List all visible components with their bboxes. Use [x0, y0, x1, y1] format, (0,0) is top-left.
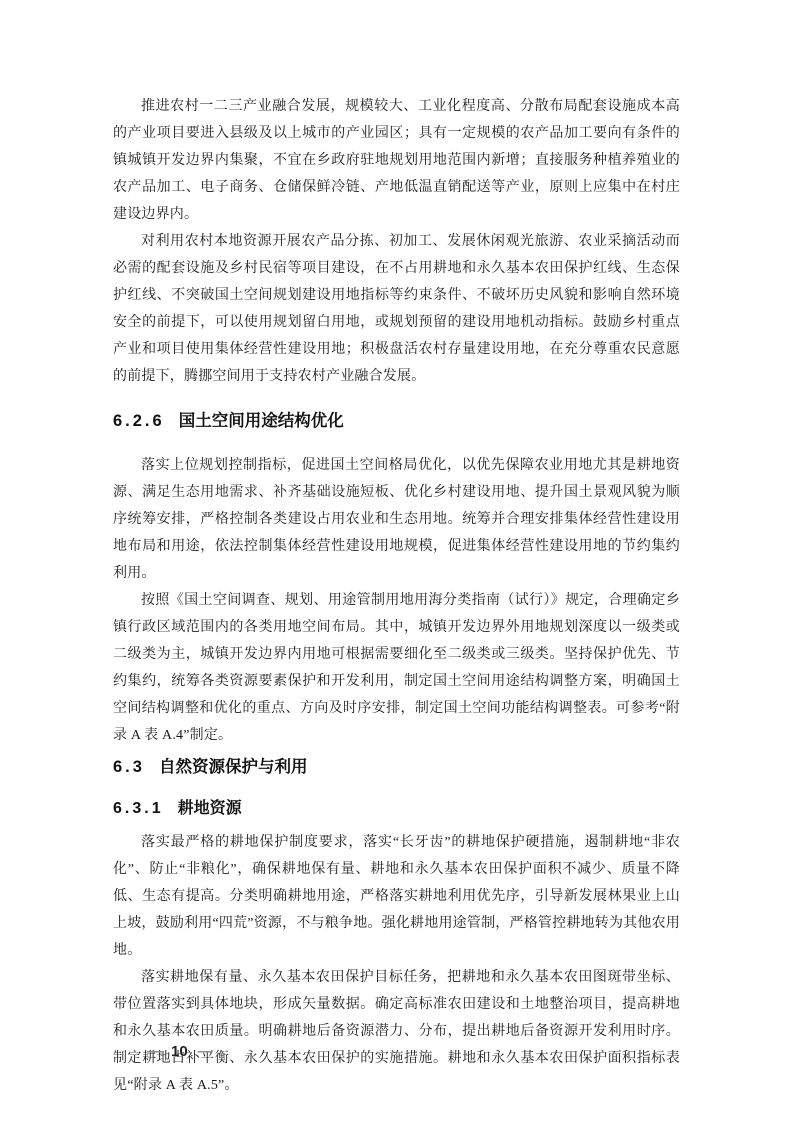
paragraph-land-classification-guide: 按照《国土空间调查、规划、用途管制用地用海分类指南（试行）》规定，合理确定乡镇行… — [113, 587, 680, 749]
paragraph-local-resource-projects: 对利用农村本地资源开展农产品分拣、初加工、发展休闲观光旅游、农业采摘活动而必需的… — [113, 228, 680, 390]
heading-6-3-number: 6.3 — [113, 758, 145, 776]
paragraph-farmland-reserve-tasks: 落实耕地保有量、永久基本农田保护目标任务，把耕地和永久基本农田图斑带坐标、带位置… — [113, 964, 680, 1099]
paragraph-farmland-protection-system: 落实最严格的耕地保护制度要求，落实“长牙齿”的耕地保护硬措施，遏制耕地“非农化”… — [113, 829, 680, 964]
heading-6-2-6-number: 6.2.6 — [113, 412, 165, 430]
heading-6-3-1-number: 6.3.1 — [113, 800, 164, 817]
page-number: 10 — [171, 1043, 188, 1060]
paragraph-rural-industry-integration: 推进农村一二三产业融合发展，规模较大、工业化程度高、分散布局配套设施成本高的产业… — [113, 93, 680, 228]
heading-6-3: 6.3自然资源保护与利用 — [113, 756, 680, 778]
document-page: 推进农村一二三产业融合发展，规模较大、工业化程度高、分散布局配套设施成本高的产业… — [0, 0, 793, 1122]
heading-6-2-6-title: 国土空间用途结构优化 — [179, 412, 344, 430]
heading-6-2-6: 6.2.6国土空间用途结构优化 — [113, 410, 680, 432]
footer-right-dash: — — [198, 1043, 212, 1060]
heading-6-3-title: 自然资源保护与利用 — [159, 758, 308, 776]
page-body: 推进农村一二三产业融合发展，规模较大、工业化程度高、分散布局配套设施成本高的产业… — [0, 0, 793, 1099]
paragraph-land-use-structure-control: 落实上位规划控制指标，促进国土空间格局优化，以优先保障农业用地尤其是耕地资源、满… — [113, 452, 680, 587]
page-footer: — 10 — — [137, 1043, 222, 1060]
footer-left-dash: — — [147, 1043, 161, 1060]
heading-6-3-1: 6.3.1耕地资源 — [113, 798, 680, 820]
heading-6-3-1-title: 耕地资源 — [178, 800, 242, 817]
